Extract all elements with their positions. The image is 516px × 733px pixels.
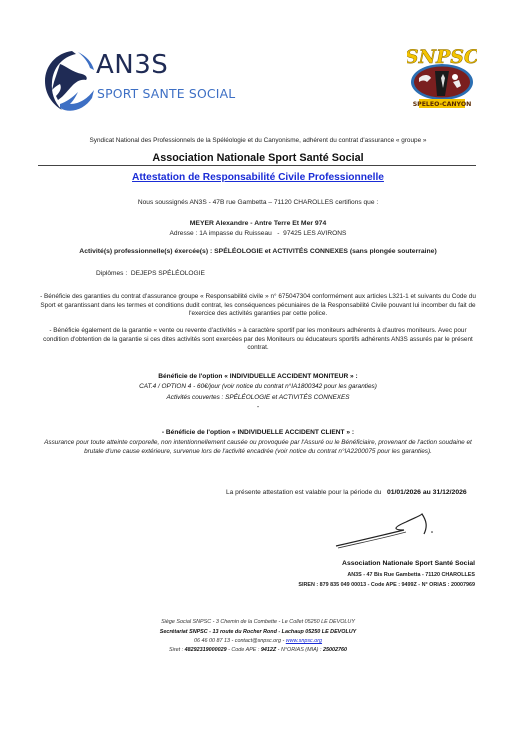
syndicat-line: Syndicat National des Professionnels de … <box>0 137 516 144</box>
siret-label: Siret : <box>169 647 183 653</box>
an3s-logo-title: AN3S <box>96 50 168 80</box>
signatory-ids: SIREN : 879 835 049 00013 - Code APE : 9… <box>260 582 475 588</box>
footer-legal: Siret : 48292319000029 - Code APE : 9412… <box>0 647 516 653</box>
association-title: Association Nationale Sport Santé Social <box>0 152 516 164</box>
orias-value: 25002760 <box>323 647 347 653</box>
document-title[interactable]: Attestation de Responsabilité Civile Pro… <box>0 172 516 183</box>
option-client-title: - Bénéficie de l'option « INDIVIDUELLE A… <box>0 429 516 436</box>
siret-value: 48292319000029 <box>185 647 227 653</box>
validity-period: 01/01/2026 au 31/12/2026 <box>387 489 467 496</box>
diplomes-value: DEJEPS SPÉLÉOLOGIE <box>131 270 205 277</box>
signatory-address: AN3S - 47 Bis Rue Gambetta - 71120 CHARO… <box>260 572 475 578</box>
holder-address: Adresse : 1A impasse du Ruisseau - 97425… <box>0 230 516 237</box>
activity-value: SPÉLÉOLOGIE et ACTIVITÉS CONNEXES (sans … <box>214 248 437 255</box>
footer-contact: 06 46 00 87 13 - contact@snpsc.org - www… <box>0 638 516 644</box>
certify-line: Nous soussignés AN3S - 47B rue Gambetta … <box>0 199 516 206</box>
activity-label: Activité(s) professionnelle(s) éxercée(s… <box>79 248 212 255</box>
snpsc-logo: SNPSC SPELEO-CANYON <box>407 44 477 112</box>
svg-text:SNPSC: SNPSC <box>407 46 477 68</box>
an3s-logo: AN3S SPORT SANTE SOCIAL <box>42 46 247 116</box>
option-moniteur-line1: CAT.4 / OPTION 4 - 60€/jour (voir notice… <box>0 383 516 390</box>
activity-line: Activité(s) professionnelle(s) éxercée(s… <box>0 248 516 255</box>
footer-siege: Siège Social SNPSC - 3 Chemin de la Comb… <box>0 619 516 625</box>
ape-value: 9412Z <box>261 647 276 653</box>
snpsc-banner-text: SPELEO-CANYON <box>413 101 472 108</box>
orias-label: - N°ORIAS (MIA) : <box>276 647 321 653</box>
address-label: Adresse : <box>170 230 198 237</box>
website-link[interactable]: www.snpsc.org <box>286 638 322 644</box>
paragraph-vente: - Bénéficie également de la garantie « v… <box>38 327 478 353</box>
manta-ray-logo-icon <box>42 48 96 114</box>
an3s-logo-subtitle: SPORT SANTE SOCIAL <box>97 86 235 101</box>
footer-contact-text: 06 46 00 87 13 - contact@snpsc.org - <box>194 638 286 644</box>
ape-label: - Code APE : <box>227 647 260 653</box>
signatory-name: Association Nationale Sport Santé Social <box>260 560 475 567</box>
option-client-text: Assurance pour toute atteinte corporelle… <box>38 439 478 456</box>
divider <box>38 165 476 166</box>
option-moniteur-line2: Activités couvertes : SPÉLÉOLOGIE et ACT… <box>0 394 516 401</box>
paragraph-rc: - Bénéficie des garanties du contrat d'a… <box>38 293 478 319</box>
diplomes-label: Diplômes : <box>96 270 127 277</box>
validity-label: La présente attestation est valable pour… <box>226 489 381 496</box>
footer-secretariat: Secrétariat SNPSC - 13 route du Rocher R… <box>0 629 516 635</box>
validity-line: La présente attestation est valable pour… <box>226 489 467 496</box>
snpsc-logo-icon: SNPSC SPELEO-CANYON <box>407 44 477 112</box>
option-moniteur-title: Bénéficie de l'option « INDIVIDUELLE ACC… <box>0 373 516 380</box>
separator: - <box>0 404 516 411</box>
holder-name: MEYER Alexandre - Antre Terre Et Mer 974 <box>0 220 516 227</box>
signature-icon <box>334 508 444 553</box>
address-value: 1A impasse du Ruisseau - 97425 LES AVIRO… <box>199 230 346 237</box>
diplomes-line: Diplômes : DEJEPS SPÉLÉOLOGIE <box>96 270 205 277</box>
